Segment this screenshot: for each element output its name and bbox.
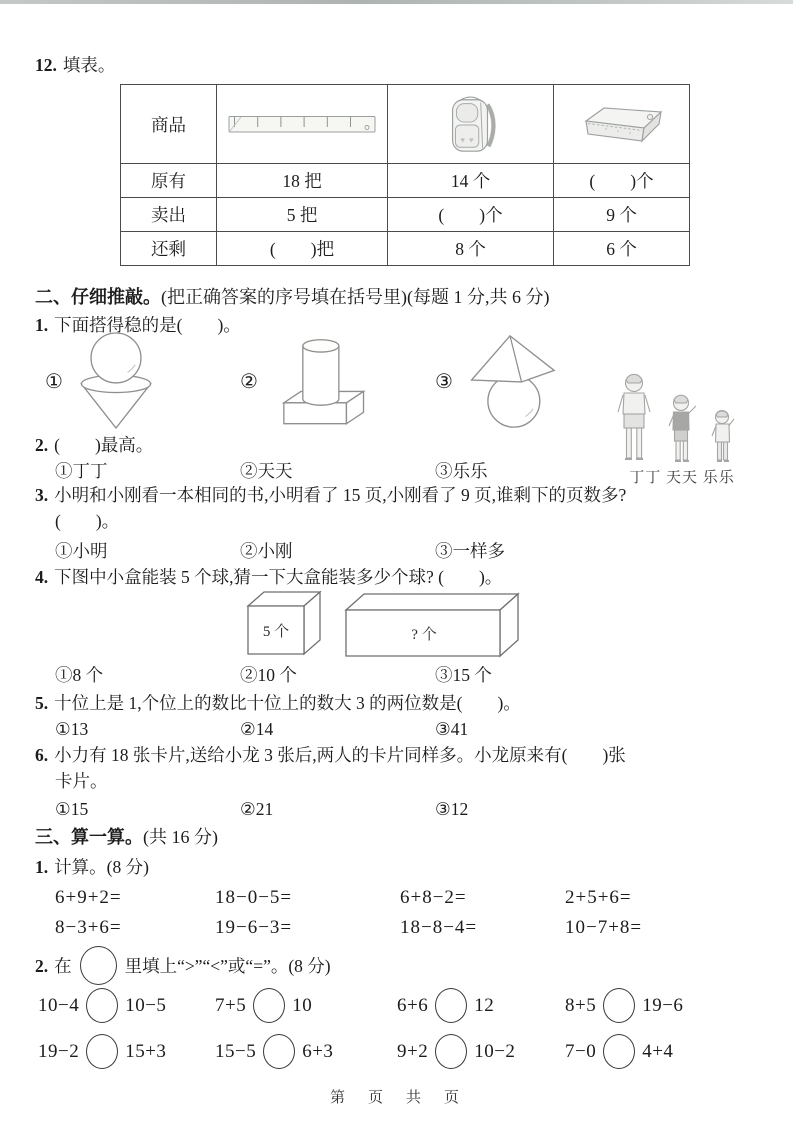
comparison-circle [263, 1034, 295, 1069]
option: ③乐乐 [435, 458, 488, 484]
question-6-options: ①15 ②21 ③12 [55, 796, 468, 822]
question-number: 2. [35, 956, 48, 976]
boxes-illustration: 5 个 ? 个 [228, 584, 520, 660]
expression: 4+4 [642, 1041, 673, 1063]
compare-title: 2.在里填上“>”“<”或“=”。(8 分) [35, 946, 331, 985]
compare-item: 15−56+3 [215, 1034, 397, 1069]
table-cell: ( )个 [554, 164, 690, 198]
expression: 8+5 [565, 995, 596, 1017]
section-title: 三、算一算。 [35, 827, 143, 847]
question-5: 5.十位上是 1,个位上的数比十位上的数大 3 的两位数是( )。 [35, 690, 521, 716]
option: ②14 [240, 716, 435, 742]
option: ①13 [55, 716, 240, 742]
option: ③12 [435, 796, 468, 822]
expression: 19−2 [38, 1041, 79, 1063]
expression: 7−0 [565, 1041, 596, 1063]
table-row: 还剩 ( )把 8 个 6 个 [121, 232, 690, 266]
section-subtitle: (把正确答案的序号填在括号里)(每题 1 分,共 6 分) [161, 287, 549, 307]
cylinder-on-box-icon [263, 332, 373, 430]
expression: 15+3 [125, 1041, 166, 1063]
compare-item: 8+519−6 [565, 988, 683, 1023]
expression: 8−3+6= [55, 914, 215, 942]
question-text: 小明和小刚看一本相同的书,小明看了 15 页,小刚看了 9 页,谁剩下的页数多? [54, 485, 626, 505]
section-3-heading: 三、算一算。(共 16 分) [35, 824, 218, 851]
section-2-heading: 二、仔细推敲。(把正确答案的序号填在括号里)(每题 1 分,共 6 分) [35, 284, 549, 311]
compare-item: 7−04+4 [565, 1034, 673, 1069]
comparison-circle [603, 988, 635, 1023]
scan-edge [0, 0, 793, 4]
question-text: ( )最高。 [54, 435, 153, 455]
row-label: 卖出 [121, 198, 217, 232]
question-number: 5. [35, 693, 48, 713]
compare-row: 19−215+3 15−56+3 9+210−2 7−04+4 [38, 1034, 673, 1069]
question-5-options: ①13 ②14 ③41 [55, 716, 468, 742]
kids-illustration: 丁丁 天天 乐乐 [612, 372, 752, 487]
sphere-on-cone-icon [68, 332, 164, 430]
question-12: 12.填表。 [35, 52, 115, 78]
compare-row: 10−410−5 7+510 6+612 8+519−6 [38, 988, 683, 1023]
section-subtitle: (共 16 分) [143, 827, 218, 847]
option: ①丁丁 [55, 458, 240, 484]
expression: 19−6−3= [215, 914, 400, 942]
expression: 2+5+6= [565, 884, 632, 912]
option: ①小明 [55, 538, 240, 564]
table-row: 原有 18 把 14 个 ( )个 [121, 164, 690, 198]
compare-item: 9+210−2 [397, 1034, 565, 1069]
question-4-options: ①8 个 ②10 个 ③15 个 [55, 662, 492, 688]
question-6: 6.小力有 18 张卡片,送给小龙 3 张后,两人的卡片同样多。小龙原来有( )… [35, 742, 626, 794]
expression: 10−7+8= [565, 914, 642, 942]
table-cell: 8 个 [388, 232, 554, 266]
table-cell: 6 个 [554, 232, 690, 266]
choice-3: ③ [435, 332, 630, 430]
question-text-continued: 卡片。 [55, 768, 626, 794]
expression: 10−5 [125, 995, 166, 1017]
expression: 12 [474, 995, 494, 1017]
question-text: 小力有 18 张卡片,送给小龙 3 张后,两人的卡片同样多。小龙原来有( )张 [54, 745, 626, 765]
option: ②小刚 [240, 538, 435, 564]
option-mark: ① [45, 369, 63, 394]
pyramid-on-sphere-icon [458, 332, 562, 430]
svg-text:♥: ♥ [460, 135, 465, 144]
option: ①8 个 [55, 662, 240, 688]
fill-table: 商品 ♥ [120, 84, 690, 266]
table-cell: 14 个 [388, 164, 554, 198]
comparison-circle [435, 988, 467, 1023]
expression: 15−5 [215, 1041, 256, 1063]
calc-row: 6+9+2= 18−0−5= 6+8−2= 2+5+6= [55, 884, 632, 912]
option: ②10 个 [240, 662, 435, 688]
table-corner-cell: 商品 [121, 85, 217, 164]
fill-circle [80, 946, 117, 985]
option: ①15 [55, 796, 240, 822]
svg-text:♥: ♥ [469, 135, 474, 144]
expression: 18−8−4= [400, 914, 565, 942]
option: ③41 [435, 716, 468, 742]
question-text: 计算。(8 分) [54, 857, 149, 877]
expression: 6+6 [397, 995, 428, 1017]
expression: 10−2 [474, 1041, 515, 1063]
question-2-options: ①丁丁 ②天天 ③乐乐 [55, 458, 488, 484]
calc-title: 1.计算。(8 分) [35, 854, 149, 880]
comparison-circle [86, 988, 118, 1023]
row-label: 还剩 [121, 232, 217, 266]
row-label: 原有 [121, 164, 217, 198]
pencil-case-icon [554, 85, 690, 164]
option-mark: ② [240, 369, 258, 394]
comparison-circle [253, 988, 285, 1023]
expression: 9+2 [397, 1041, 428, 1063]
expression: 6+3 [302, 1041, 333, 1063]
expression: 7+5 [215, 995, 246, 1017]
three-kids-icon [612, 372, 752, 464]
section-title: 二、仔细推敲。 [35, 287, 161, 307]
small-box-label: 5 个 [263, 623, 289, 640]
table-header-row: 商品 ♥ [121, 85, 690, 164]
question-number: 2. [35, 435, 48, 455]
table-cell: ( )把 [217, 232, 388, 266]
expression: 10−4 [38, 995, 79, 1017]
question-3-options: ①小明 ②小刚 ③一样多 [55, 538, 505, 564]
compare-item: 7+510 [215, 988, 397, 1023]
expression: 6+8−2= [400, 884, 565, 912]
option-mark: ③ [435, 369, 453, 394]
comparison-circle [603, 1034, 635, 1069]
calc-row: 8−3+6= 19−6−3= 18−8−4= 10−7+8= [55, 914, 642, 942]
worksheet-page: 12.填表。 商品 [0, 0, 793, 1122]
option: ③15 个 [435, 662, 492, 688]
option: ②天天 [240, 458, 435, 484]
ruler-icon [217, 85, 388, 164]
comparison-circle [435, 1034, 467, 1069]
comparison-circle [86, 1034, 118, 1069]
question-1-choices: ① ② ③ [45, 332, 630, 430]
table-cell: 18 把 [217, 164, 388, 198]
question-number: 4. [35, 567, 48, 587]
compare-item: 10−410−5 [38, 988, 215, 1023]
question-number: 6. [35, 745, 48, 765]
question-2: 2.( )最高。 [35, 432, 153, 458]
table-cell: 9 个 [554, 198, 690, 232]
expression: 19−6 [642, 995, 683, 1017]
page-footer: 第 页 共 页 [0, 1086, 793, 1107]
question-3: 3.小明和小刚看一本相同的书,小明看了 15 页,小刚看了 9 页,谁剩下的页数… [35, 482, 626, 534]
compare-item: 19−215+3 [38, 1034, 215, 1069]
question-text: 在 [54, 956, 72, 976]
table-cell: ( )个 [388, 198, 554, 232]
question-text: 里填上“>”“<”或“=”。(8 分) [125, 956, 331, 976]
table-row: 卖出 5 把 ( )个 9 个 [121, 198, 690, 232]
small-and-big-box-icon: 5 个 ? 个 [228, 584, 520, 660]
big-box-label: ? 个 [411, 626, 436, 643]
option: ③一样多 [435, 538, 505, 564]
table-cell: 5 把 [217, 198, 388, 232]
question-number: 1. [35, 857, 48, 877]
expression: 10 [292, 995, 312, 1017]
question-text-continued: ( )。 [55, 508, 626, 534]
kids-caption: 丁丁 天天 乐乐 [612, 466, 752, 487]
choice-1: ① [45, 332, 240, 430]
backpack-icon: ♥ ♥ [388, 85, 554, 164]
question-text: 填表。 [63, 55, 116, 75]
option: ②21 [240, 796, 435, 822]
compare-item: 6+612 [397, 988, 565, 1023]
expression: 18−0−5= [215, 884, 400, 912]
choice-2: ② [240, 332, 435, 430]
expression: 6+9+2= [55, 884, 215, 912]
question-number: 12. [35, 55, 57, 75]
question-text: 十位上是 1,个位上的数比十位上的数大 3 的两位数是( )。 [54, 693, 521, 713]
question-number: 3. [35, 485, 48, 505]
